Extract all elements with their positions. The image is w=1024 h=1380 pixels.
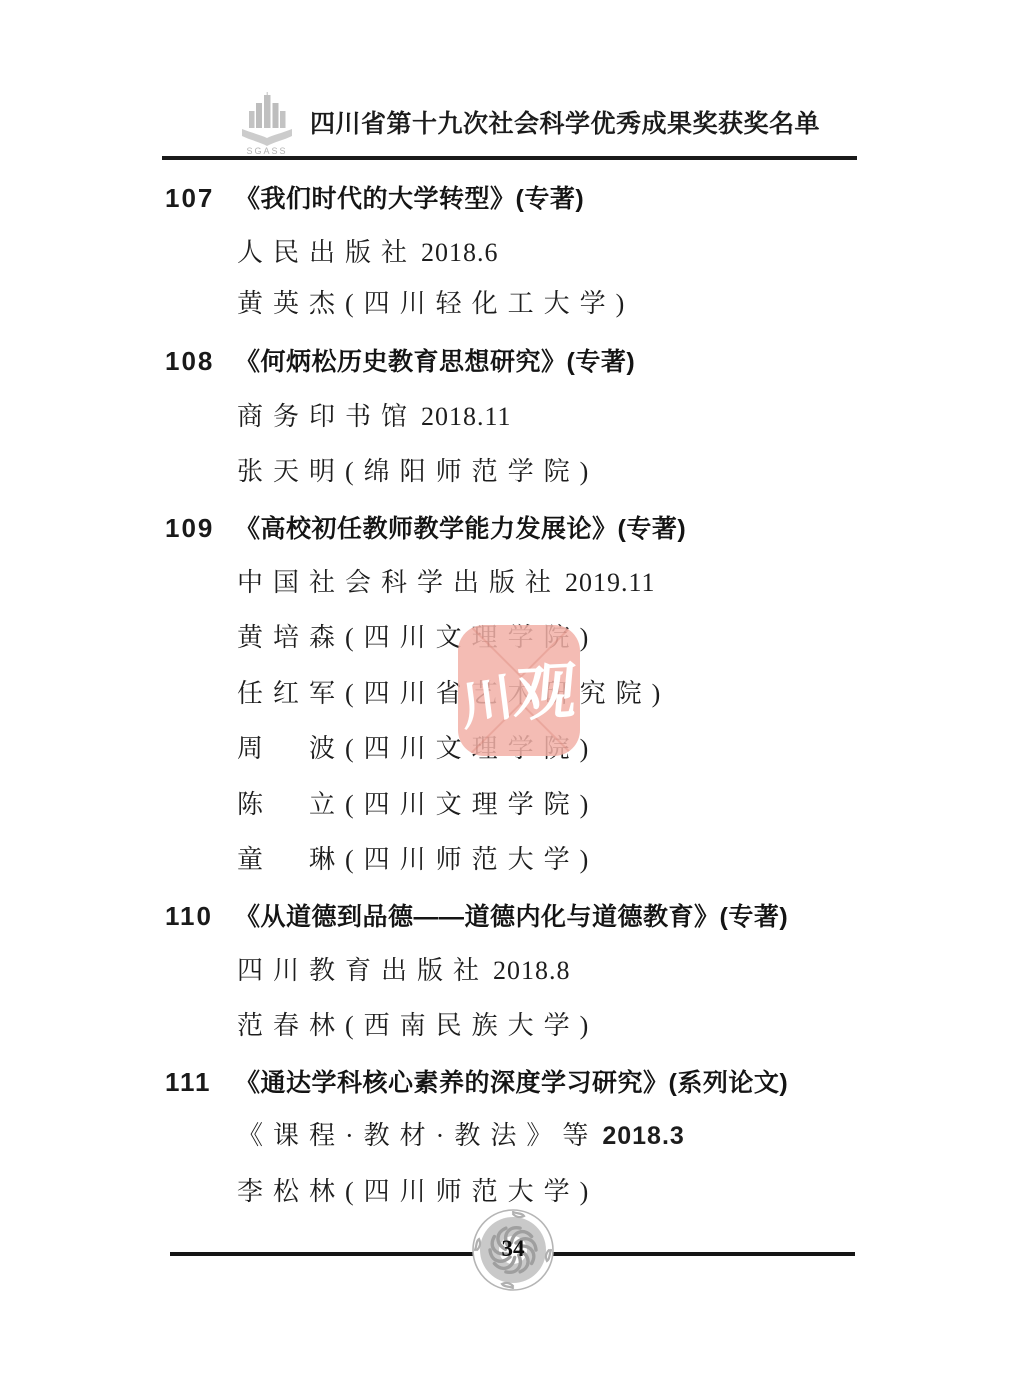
detail-text: 任红军(四川省艺术研究院)	[237, 679, 670, 708]
entry-author-line: 张天明(绵阳师范学院)	[237, 458, 602, 487]
entry-author-line: 范春林(西南民族大学)	[237, 1012, 598, 1041]
entry-heading: 107《我们时代的大学转型》(专著)	[165, 184, 584, 214]
entry-publisher-line: 四川教育出版社2018.8	[237, 957, 571, 986]
watermark-characters: 川 观	[458, 625, 580, 756]
detail-text: 李松林(四川师范大学)	[237, 1177, 598, 1206]
detail-text: 四川教育出版社	[237, 956, 489, 985]
watermark-char-guan: 观	[511, 641, 580, 733]
entry-author-line: 李松林(四川师范大学)	[237, 1178, 598, 1207]
entry-title: 《何炳松历史教育思想研究》(专著)	[235, 348, 635, 376]
entry-author-line: 陈 立(四川文理学院)	[237, 791, 598, 820]
detail-text: 陈 立(四川文理学院)	[237, 790, 598, 819]
entry-heading: 110《从道德到品德——道德内化与道德教育》(专著)	[165, 902, 788, 932]
entry-number: 109	[165, 514, 235, 543]
detail-text: 童 琳(四川师范大学)	[237, 845, 598, 874]
page-title: 四川省第十九次社会科学优秀成果奖获奖名单	[310, 104, 820, 140]
detail-date: 2018.11	[421, 402, 512, 431]
detail-text: 商务印书馆	[237, 402, 417, 431]
entry-publisher-line: 商务印书馆2018.11	[237, 403, 512, 432]
entry-title: 《高校初任教师教学能力发展论》(专著)	[235, 515, 686, 543]
building-book-icon: SGASS	[234, 92, 300, 156]
entry-author-line: 童 琳(四川师范大学)	[237, 846, 598, 875]
entry-number: 108	[165, 347, 235, 376]
entry-title: 《我们时代的大学转型》(专著)	[235, 185, 584, 213]
detail-text: 《课程·教材·教法》等	[237, 1121, 598, 1150]
entry-publisher-line: 《课程·教材·教法》等2018.3	[237, 1122, 685, 1151]
entry-number: 111	[165, 1068, 235, 1097]
watermark-char-chuan: 川	[458, 654, 517, 740]
logo-caption: SGASS	[246, 146, 287, 156]
sunbird-medallion: 34	[472, 1209, 554, 1291]
detail-date: 2018.3	[602, 1122, 684, 1150]
detail-text: 人民出版社	[237, 238, 417, 267]
detail-date: 2019.11	[565, 568, 656, 597]
detail-date: 2018.8	[493, 956, 571, 985]
header-rule	[162, 156, 857, 160]
detail-date: 2018.6	[421, 238, 499, 267]
entry-author-line: 任红军(四川省艺术研究院)	[237, 680, 670, 709]
detail-text: 张天明(绵阳师范学院)	[237, 457, 598, 486]
entry-title: 《通达学科核心素养的深度学习研究》(系列论文)	[235, 1069, 788, 1097]
entry-publisher-line: 中国社会科学出版社2019.11	[237, 569, 656, 598]
entry-publisher-line: 人民出版社2018.6	[237, 239, 499, 268]
detail-text: 黄英杰(四川轻化工大学)	[237, 289, 634, 318]
chuanguan-watermark: 川 观	[458, 625, 580, 756]
entry-heading: 111《通达学科核心素养的深度学习研究》(系列论文)	[165, 1068, 788, 1098]
entry-title: 《从道德到品德——道德内化与道德教育》(专著)	[235, 903, 788, 931]
sgass-logo-icon: SGASS	[234, 92, 300, 156]
entry-heading: 109《高校初任教师教学能力发展论》(专著)	[165, 514, 686, 544]
detail-text: 中国社会科学出版社	[237, 568, 561, 597]
entry-number: 107	[165, 184, 235, 213]
entry-heading: 108《何炳松历史教育思想研究》(专著)	[165, 347, 635, 377]
document-page: SGASS 四川省第十九次社会科学优秀成果奖获奖名单 107《我们时代的大学转型…	[0, 0, 1024, 1380]
entry-number: 110	[165, 902, 235, 931]
detail-text: 范春林(西南民族大学)	[237, 1011, 598, 1040]
page-number: 34	[472, 1236, 554, 1262]
entry-author-line: 黄英杰(四川轻化工大学)	[237, 290, 638, 319]
